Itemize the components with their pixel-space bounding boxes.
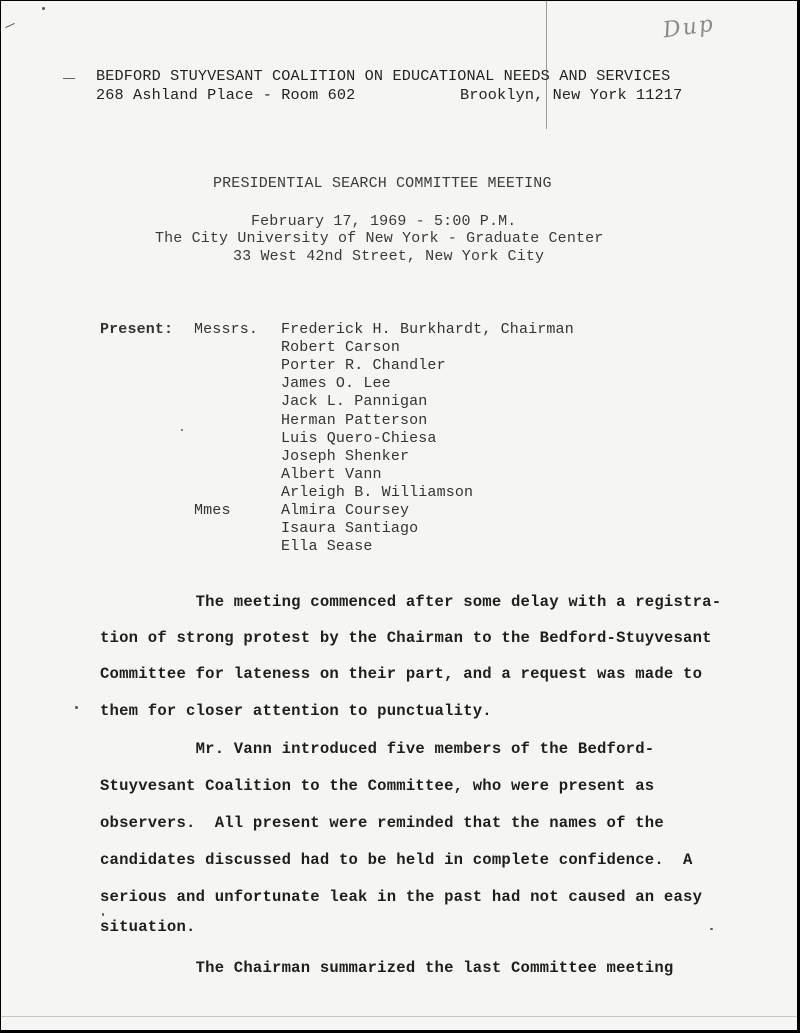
letterhead-organization: BEDFORD STUYVESANT COALITION ON EDUCATIO… [96,67,670,85]
scan-speck [181,429,183,431]
attendee-name: Albert Vann [281,466,382,483]
group-title-messrs: Messrs. [194,321,258,338]
body-line: candidates discussed had to be held in c… [100,851,693,869]
letterhead-address-right: Brooklyn, New York 11217 [460,86,682,104]
meeting-venue: The City University of New York - Gradua… [155,230,603,247]
attendee-name: James O. Lee [281,375,391,392]
body-line: Stuyvesant Coalition to the Committee, w… [100,777,654,795]
attendee-name: Almira Coursey [281,502,409,519]
scan-speck [102,913,104,916]
body-line: Mr. Vann introduced five members of the … [100,740,654,758]
attendee-name: Frederick H. Burkhardt, Chairman [281,321,574,338]
attendee-name: Ella Sease [281,538,373,555]
attendee-name: Robert Carson [281,339,400,356]
attendee-name: Isaura Santiago [281,520,418,537]
body-line: Committee for lateness on their part, an… [100,665,702,683]
attendee-name: Porter R. Chandler [281,357,446,374]
meeting-title: PRESIDENTIAL SEARCH COMMITTEE MEETING [213,175,552,192]
present-label: Present: [100,321,173,338]
body-line: The Chairman summarized the last Committ… [100,959,673,977]
body-line: them for closer attention to punctuality… [100,702,492,720]
scan-speck [75,706,78,709]
body-line: serious and unfortunate leak in the past… [100,888,702,906]
scan-mark [63,78,75,79]
handwritten-annotation: Dup [662,12,717,44]
letterhead-address-left: 268 Ashland Place - Room 602 [96,86,355,104]
attendee-name: Joseph Shenker [281,448,409,465]
body-line: The meeting commenced after some delay w… [100,593,721,611]
body-line: observers. All present were reminded tha… [100,814,664,832]
scan-edge-line [1,1016,797,1017]
attendee-name: Luis Quero-Chiesa [281,430,437,447]
body-line: tion of strong protest by the Chairman t… [100,629,712,647]
scan-mark [5,23,14,28]
group-title-mmes: Mmes [194,502,231,519]
attendee-name: Arleigh B. Williamson [281,484,473,501]
fold-line [546,1,547,129]
scan-speck [710,928,713,930]
scan-speck [42,7,45,10]
body-line: situation. [100,918,196,936]
document-page: Dup BEDFORD STUYVESANT COALITION ON EDUC… [1,1,797,1030]
meeting-address: 33 West 42nd Street, New York City [233,248,544,265]
meeting-date-time: February 17, 1969 - 5:00 P.M. [251,213,516,230]
attendee-name: Herman Patterson [281,412,427,429]
attendee-name: Jack L. Pannigan [281,393,427,410]
